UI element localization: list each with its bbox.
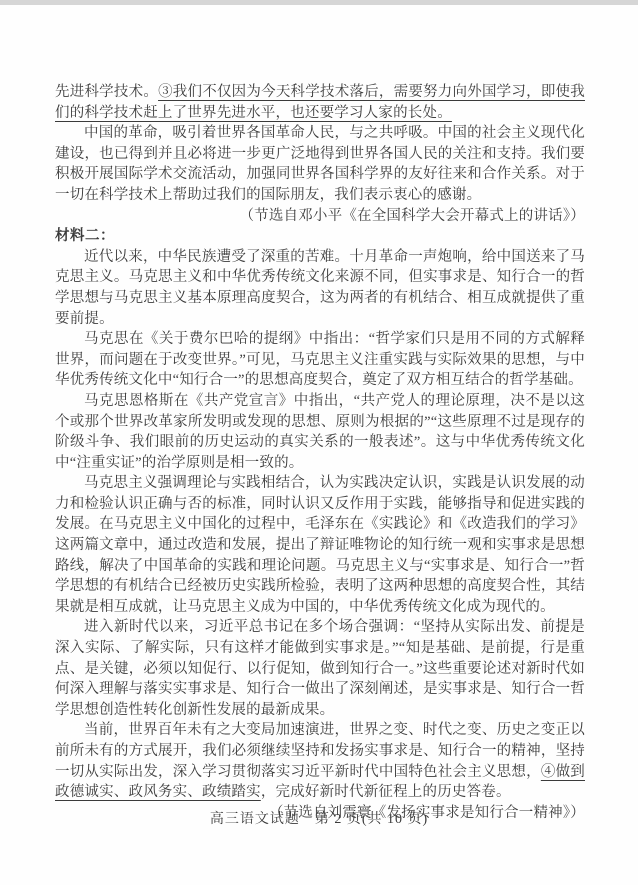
document-body: 先进科学技术。③我们不仅因为今天科学技术落后，需要努力向外国学习，即使我们的科学… — [55, 82, 585, 823]
text-segment: 近代以来，中华民族遭受了深重的苦难。十月革命一声炮响，给中国送来了马克思主义。马… — [55, 249, 585, 327]
paragraph-current-situation: 当前，世界百年未有之大变局加速演进，世界之变、时代之变、历史之变正以前所未有的方… — [55, 720, 585, 802]
page-footer: 高三语文试题 第 2 页(共 10 页) — [0, 810, 638, 830]
text-segment: 马克思恩格斯在《共产党宣言》中指出，“共产党人的理论原理，决不是以这个或那个世界… — [55, 393, 585, 471]
text-segment: ，完成好新时代新征程上的历史答卷。 — [261, 784, 511, 800]
text-segment: 马克思主义强调理论与实践相结合，认为实践决定认识，实践是认识发展的动力和检验认识… — [55, 475, 585, 615]
text-segment: （节选自邓小平《在全国科学大会开幕式上的讲话》） — [239, 208, 585, 224]
scanned-exam-page: { "document": { "kind": "scanned-exam-pa… — [0, 0, 638, 885]
scanner-edge-strip — [0, 0, 638, 5]
text-segment: 材料二： — [55, 228, 115, 244]
paragraph-new-era: 进入新时代以来，习近平总书记在多个场合强调：“坚持从实际出发、前提是深入实际、了… — [55, 617, 585, 720]
material-2-heading: 材料二： — [55, 226, 585, 247]
paragraph-communist-manifesto: 马克思恩格斯在《共产党宣言》中指出，“共产党人的理论原理，决不是以这个或那个世界… — [55, 391, 585, 473]
paragraph-continuation: 先进科学技术。③我们不仅因为今天科学技术落后，需要努力向外国学习，即使我们的科学… — [55, 82, 585, 123]
attribution-deng-xiaoping: （节选自邓小平《在全国科学大会开幕式上的讲话》） — [55, 206, 585, 227]
text-segment: 马克思在《关于费尔巴哈的提纲》中指出：“哲学家们只是用不同的方式解释世界，而问题… — [55, 331, 585, 388]
paragraph-theory-practice: 马克思主义强调理论与实践相结合，认为实践决定认识，实践是认识发展的动力和检验认识… — [55, 473, 585, 617]
text-segment: 先进科学技术。 — [55, 84, 158, 100]
paragraph-modern-times: 近代以来，中华民族遭受了深重的苦难。十月革命一声炮响，给中国送来了马克思主义。马… — [55, 247, 585, 329]
paragraph-marx-feuerbach: 马克思在《关于费尔巴哈的提纲》中指出：“哲学家们只是用不同的方式解释世界，而问题… — [55, 329, 585, 391]
text-segment: 中国的革命，吸引着世界各国革命人民，与之共呼吸。中国的社会主义现代化建设，也已得… — [55, 125, 585, 203]
text-segment: 进入新时代以来，习近平总书记在多个场合强调：“坚持从实际出发、前提是深入实际、了… — [55, 619, 585, 717]
paragraph-china-revolution: 中国的革命，吸引着世界各国革命人民，与之共呼吸。中国的社会主义现代化建设，也已得… — [55, 123, 585, 205]
text-segment: 当前，世界百年未有之大变局加速演进，世界之变、时代之变、历史之变正以前所未有的方… — [55, 722, 585, 779]
